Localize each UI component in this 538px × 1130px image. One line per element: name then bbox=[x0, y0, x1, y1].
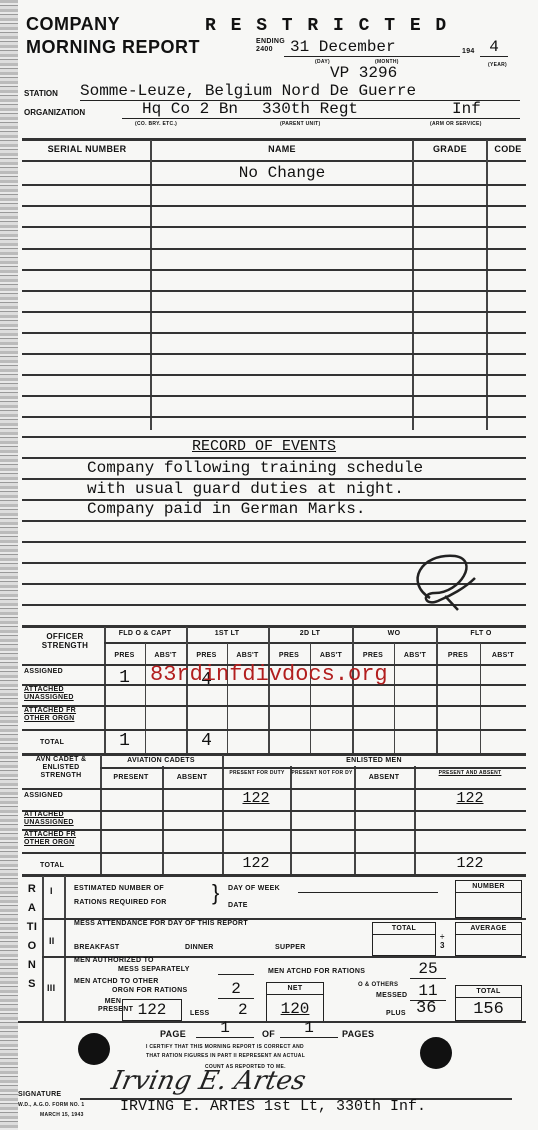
enlisted-men-header: ENLISTED MEN bbox=[222, 757, 526, 764]
day-of-week-label: DAY OF WEEK bbox=[228, 885, 280, 892]
day-of-week-field[interactable] bbox=[298, 883, 438, 893]
enlisted-total-present-and-absent: 122 bbox=[414, 855, 526, 872]
subcol-absent: ABSENT bbox=[162, 774, 222, 781]
initials-mark-icon bbox=[400, 548, 490, 618]
atchd-for-rations-value: 25 bbox=[410, 960, 446, 979]
rule bbox=[22, 160, 526, 162]
watermark: 83rdinfdivdocs.org bbox=[150, 662, 388, 687]
punch-hole bbox=[78, 1033, 110, 1065]
mess-separately-label-1: MEN AUTHORIZED TO bbox=[74, 957, 154, 964]
part-iii-numeral: III bbox=[47, 983, 55, 993]
organization-unit: Hq Co 2 Bn bbox=[142, 100, 238, 118]
record-of-events-title: RECORD OF EVENTS bbox=[192, 438, 336, 455]
col-serial-number: SERIAL NUMBER bbox=[24, 144, 150, 154]
supper-label: SUPPER bbox=[275, 944, 306, 951]
station-label: STATION bbox=[24, 89, 58, 98]
classification-stamp: R E S T R I C T E D bbox=[205, 16, 448, 36]
brace: } bbox=[212, 880, 219, 906]
grand-total-label: TOTAL bbox=[456, 988, 521, 998]
form-title-line2: MORNING REPORT bbox=[26, 37, 200, 58]
officer-group-fld-o-capt: FLD O & CAPT bbox=[104, 630, 186, 637]
morning-report-document: COMPANY MORNING REPORT R E S T R I C T E… bbox=[0, 0, 538, 1130]
col-name: NAME bbox=[152, 144, 412, 154]
page-label: PAGE bbox=[160, 1029, 186, 1039]
officer-strength-title: OFFICER STRENGTH bbox=[26, 632, 104, 650]
officer-group-wo: WO bbox=[352, 630, 436, 637]
report-year: 4 bbox=[480, 38, 508, 57]
part-i-label-2: RATIONS REQUIRED FOR bbox=[74, 899, 167, 906]
station-value: Somme-Leuze, Belgium Nord De Guerre bbox=[80, 82, 520, 101]
atchd-other-value: 2 bbox=[218, 980, 254, 999]
atchd-for-rations-label: MEN ATCHD FOR RATIONS bbox=[268, 968, 365, 975]
mess-separately-label-2: MESS SEPARATELY bbox=[118, 966, 190, 973]
part-ii-numeral: II bbox=[49, 936, 55, 946]
subcol-present: PRESENT bbox=[100, 774, 162, 781]
form-title-line1: COMPANY bbox=[26, 14, 120, 35]
average-box: AVERAGE bbox=[455, 922, 522, 956]
certify-line-2: THAT RATION FIGURES IN PART II REPRESENT… bbox=[146, 1053, 305, 1059]
row-label-attached-fr-other-orgn: ATTACHED FR OTHER ORGN bbox=[24, 707, 94, 723]
subcol-pres: PRES bbox=[268, 652, 310, 659]
subcol-abst: ABS'T bbox=[394, 652, 436, 659]
grand-total-value: 156 bbox=[456, 1000, 521, 1019]
sublabel-parent: (PARENT UNIT) bbox=[280, 121, 320, 127]
total-label: TOTAL bbox=[373, 925, 435, 935]
part-i-label-1: ESTIMATED NUMBER OF bbox=[74, 885, 164, 892]
others-messed-label-2: MESSED bbox=[376, 992, 407, 999]
men-present-value: 122 bbox=[123, 1001, 181, 1019]
less-label: LESS bbox=[190, 1010, 209, 1017]
sublabel-year: (YEAR) bbox=[488, 62, 507, 68]
of-label: OF bbox=[262, 1029, 275, 1039]
sublabel-day: (DAY) bbox=[315, 59, 330, 65]
atchd-other-label-2: ORGN FOR RATIONS bbox=[112, 987, 187, 994]
grand-total-box: TOTAL 156 bbox=[455, 985, 522, 1021]
row-label-attached-unassigned: ATTACHED UNASSIGNED bbox=[24, 686, 94, 702]
signer-name-typed: IRVING E. ARTES 1st Lt, 330th Inf. bbox=[120, 1098, 426, 1115]
subcol-present-for-duty: PRESENT FOR DUTY bbox=[224, 770, 290, 776]
enlisted-strength-title: AVN CADET & ENLISTED STRENGTH bbox=[24, 756, 98, 780]
rations-side-label: RATIONS bbox=[26, 880, 38, 994]
subcol-abst: ABS'T bbox=[227, 652, 268, 659]
table-row-name: No Change bbox=[152, 164, 412, 182]
officer-group-1st-lt: 1ST LT bbox=[186, 630, 268, 637]
part-i-numeral: I bbox=[50, 886, 53, 896]
row-label-assigned: ASSIGNED bbox=[24, 792, 63, 799]
officer-group-flt-o: FLT O bbox=[436, 630, 526, 637]
report-date: 31 December bbox=[284, 38, 460, 57]
subcol-abst: ABS'T bbox=[310, 652, 352, 659]
others-messed-label-1: O & OTHERS bbox=[358, 982, 398, 988]
enlisted-assigned-present-for-duty: 122 bbox=[222, 790, 290, 807]
organization-parent: 330th Regt bbox=[262, 100, 358, 118]
ending-label: ENDING 2400 bbox=[256, 38, 282, 54]
plus-label: PLUS bbox=[386, 1010, 406, 1017]
subcol-pres: PRES bbox=[436, 652, 480, 659]
divide-by-3: ÷ 3 bbox=[440, 932, 450, 950]
organization-label: ORGANIZATION bbox=[24, 108, 85, 117]
officer-total-1stlt-pres: 4 bbox=[186, 731, 227, 751]
subcol-present-not-for-duty: PRESENT NOT FOR DY bbox=[290, 770, 354, 776]
punch-hole bbox=[420, 1037, 452, 1069]
row-label-total: TOTAL bbox=[40, 862, 64, 869]
scan-edge bbox=[0, 0, 18, 1130]
signature-label: SIGNATURE bbox=[18, 1091, 61, 1098]
atchd-other-label-1: MEN ATCHD TO OTHER bbox=[74, 978, 159, 985]
col-grade: GRADE bbox=[414, 144, 486, 154]
row-label-assigned: ASSIGNED bbox=[24, 668, 63, 675]
event-line-1: Company following training schedule bbox=[87, 459, 423, 477]
net-box: NET 120 bbox=[266, 982, 324, 1022]
breakfast-label: BREAKFAST bbox=[74, 944, 119, 951]
row-label-attached-fr-other-orgn: ATTACHED FR OTHER ORGN bbox=[24, 831, 96, 847]
men-present-box: 122 bbox=[122, 999, 182, 1021]
rule bbox=[22, 138, 526, 141]
row-label-attached-unassigned: ATTACHED UNASSIGNED bbox=[24, 811, 96, 827]
subcol-pres: PRES bbox=[352, 652, 394, 659]
pages-label: PAGES bbox=[342, 1029, 374, 1039]
plus-value: 36 bbox=[416, 999, 436, 1018]
organization-arm: Inf bbox=[452, 100, 481, 118]
signature: Irving E. Artes bbox=[109, 1066, 309, 1096]
of-value: 1 bbox=[280, 1019, 338, 1038]
enlisted-total-present-for-duty: 122 bbox=[222, 855, 290, 872]
sublabel-co: (CO. BRY. ETC.) bbox=[135, 121, 177, 127]
aviation-cadets-header: AVIATION CADETS bbox=[100, 757, 222, 764]
average-label: AVERAGE bbox=[456, 925, 521, 935]
officer-group-2d-lt: 2D LT bbox=[268, 630, 352, 637]
event-line-2: with usual guard duties at night. bbox=[87, 480, 404, 498]
subcol-absent-em: ABSENT bbox=[354, 774, 414, 781]
subcol-present-and-absent: PRESENT AND ABSENT bbox=[414, 770, 526, 776]
enlisted-assigned-present-and-absent: 122 bbox=[414, 790, 526, 807]
net-value: 120 bbox=[267, 1000, 323, 1018]
form-date: MARCH 15, 1943 bbox=[40, 1112, 84, 1118]
event-line-3: Company paid in German Marks. bbox=[87, 500, 365, 518]
organization-line: Hq Co 2 Bn 330th Regt Inf bbox=[122, 100, 520, 119]
less-value: 2 bbox=[238, 1001, 248, 1019]
total-box: TOTAL bbox=[372, 922, 436, 956]
dinner-label: DINNER bbox=[185, 944, 214, 951]
vp-number: VP 3296 bbox=[330, 64, 397, 82]
sublabel-arm: (ARM OR SERVICE) bbox=[430, 121, 482, 127]
mess-separately-value bbox=[218, 966, 254, 975]
row-label-total: TOTAL bbox=[40, 739, 64, 746]
page-value: 1 bbox=[196, 1019, 254, 1038]
subcol-pres: PRES bbox=[104, 652, 145, 659]
form-number: W.D., A.G.O. FORM NO. 1 bbox=[18, 1102, 84, 1108]
subcol-pres: PRES bbox=[186, 652, 227, 659]
date-label: DATE bbox=[228, 902, 248, 909]
col-code: CODE bbox=[488, 144, 528, 154]
officer-total-fld-pres: 1 bbox=[104, 731, 145, 751]
part-ii-label: MESS ATTENDANCE FOR DAY OF THIS REPORT bbox=[74, 920, 248, 927]
subcol-abst: ABS'T bbox=[480, 652, 526, 659]
number-box: NUMBER bbox=[455, 880, 522, 918]
year-prefix: 194 bbox=[462, 48, 475, 55]
net-label: NET bbox=[267, 985, 323, 995]
subcol-abst: ABS'T bbox=[145, 652, 186, 659]
certify-line-1: I CERTIFY THAT THIS MORNING REPORT IS CO… bbox=[146, 1044, 304, 1050]
number-label: NUMBER bbox=[456, 883, 521, 893]
